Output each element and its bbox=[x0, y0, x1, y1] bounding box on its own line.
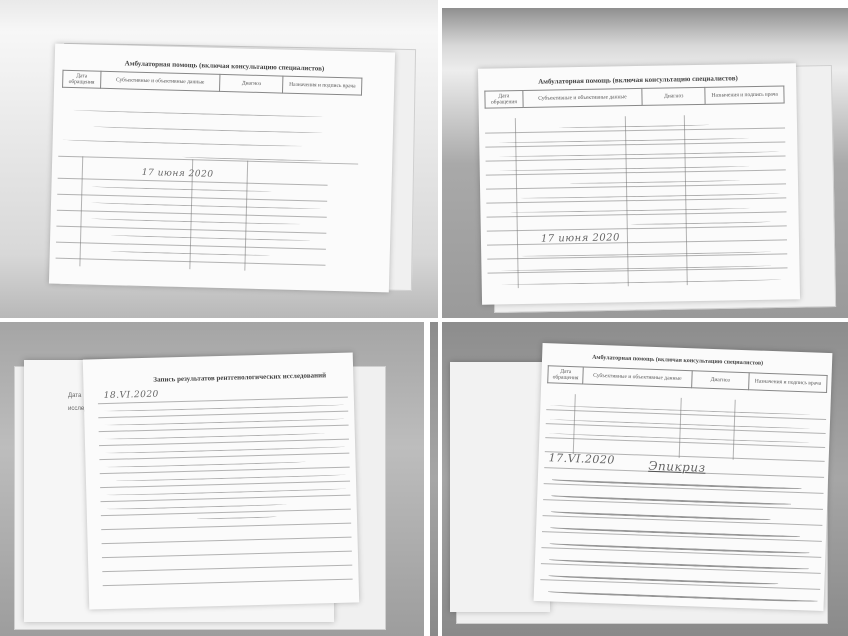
scan-quadrant-top-right: Амбулаторная помощь (включая консультаци… bbox=[442, 8, 848, 320]
record-table-header: Дата обращения Субъективные и объективны… bbox=[547, 365, 827, 393]
scan-quadrant-bottom-left: Дата исследования Запись результатов рен… bbox=[0, 322, 424, 636]
col-subjective: Субъективные и объективные данные bbox=[100, 71, 220, 91]
card-title: Амбулаторная помощь (включая консультаци… bbox=[592, 355, 763, 367]
col-date: Дата обращения bbox=[485, 91, 523, 109]
record-card: Амбулаторная помощь (включая консультаци… bbox=[478, 63, 800, 305]
col-date: Дата обращения bbox=[548, 366, 584, 384]
handwritten-date: 17.VI.2020 bbox=[548, 451, 615, 466]
col-prescriptions: Назначения и подпись врача bbox=[749, 373, 827, 393]
grid-divider-horizontal bbox=[0, 318, 848, 322]
record-table-header: Дата обращения Субъективные и объективны… bbox=[62, 70, 362, 96]
record-card: Амбулаторная помощь (включая консультаци… bbox=[534, 343, 833, 611]
col-subjective: Субъективные и объективные данные bbox=[583, 367, 692, 388]
col-diagnosis: Диагноз bbox=[691, 371, 749, 390]
handwritten-date: 17 июня 2020 bbox=[142, 168, 214, 180]
col-diagnosis: Диагноз bbox=[220, 74, 284, 93]
handwritten-heading: Эпикриз bbox=[648, 459, 706, 475]
card-title: Запись результатов рентгенологических ис… bbox=[153, 371, 326, 384]
card-title: Амбулаторная помощь (включая консультаци… bbox=[538, 74, 738, 85]
xray-record-card: Запись результатов рентгенологических ис… bbox=[83, 353, 359, 610]
record-table-header: Дата обращения Субъективные и объективны… bbox=[484, 85, 784, 108]
col-diagnosis: Диагноз bbox=[642, 87, 706, 105]
card-title: Амбулаторная помощь (включая консультаци… bbox=[125, 59, 325, 72]
handwritten-date: 17 июня 2020 bbox=[541, 232, 620, 244]
col-prescriptions: Назначения и подпись врача bbox=[705, 86, 784, 104]
scan-quadrant-bottom-right: Амбулаторная помощь (включая консультаци… bbox=[430, 322, 848, 636]
scan-quadrant-top-left: Амбулаторная помощь (включая консультаци… bbox=[0, 0, 438, 318]
col-date: Дата обращения bbox=[63, 70, 101, 88]
handwritten-date: 18.VI.2020 bbox=[104, 390, 159, 401]
col-subjective: Субъективные и объективные данные bbox=[523, 88, 643, 107]
record-card: Амбулаторная помощь (включая консультаци… bbox=[49, 44, 395, 293]
col-prescriptions: Назначения и подпись врача bbox=[283, 76, 362, 95]
